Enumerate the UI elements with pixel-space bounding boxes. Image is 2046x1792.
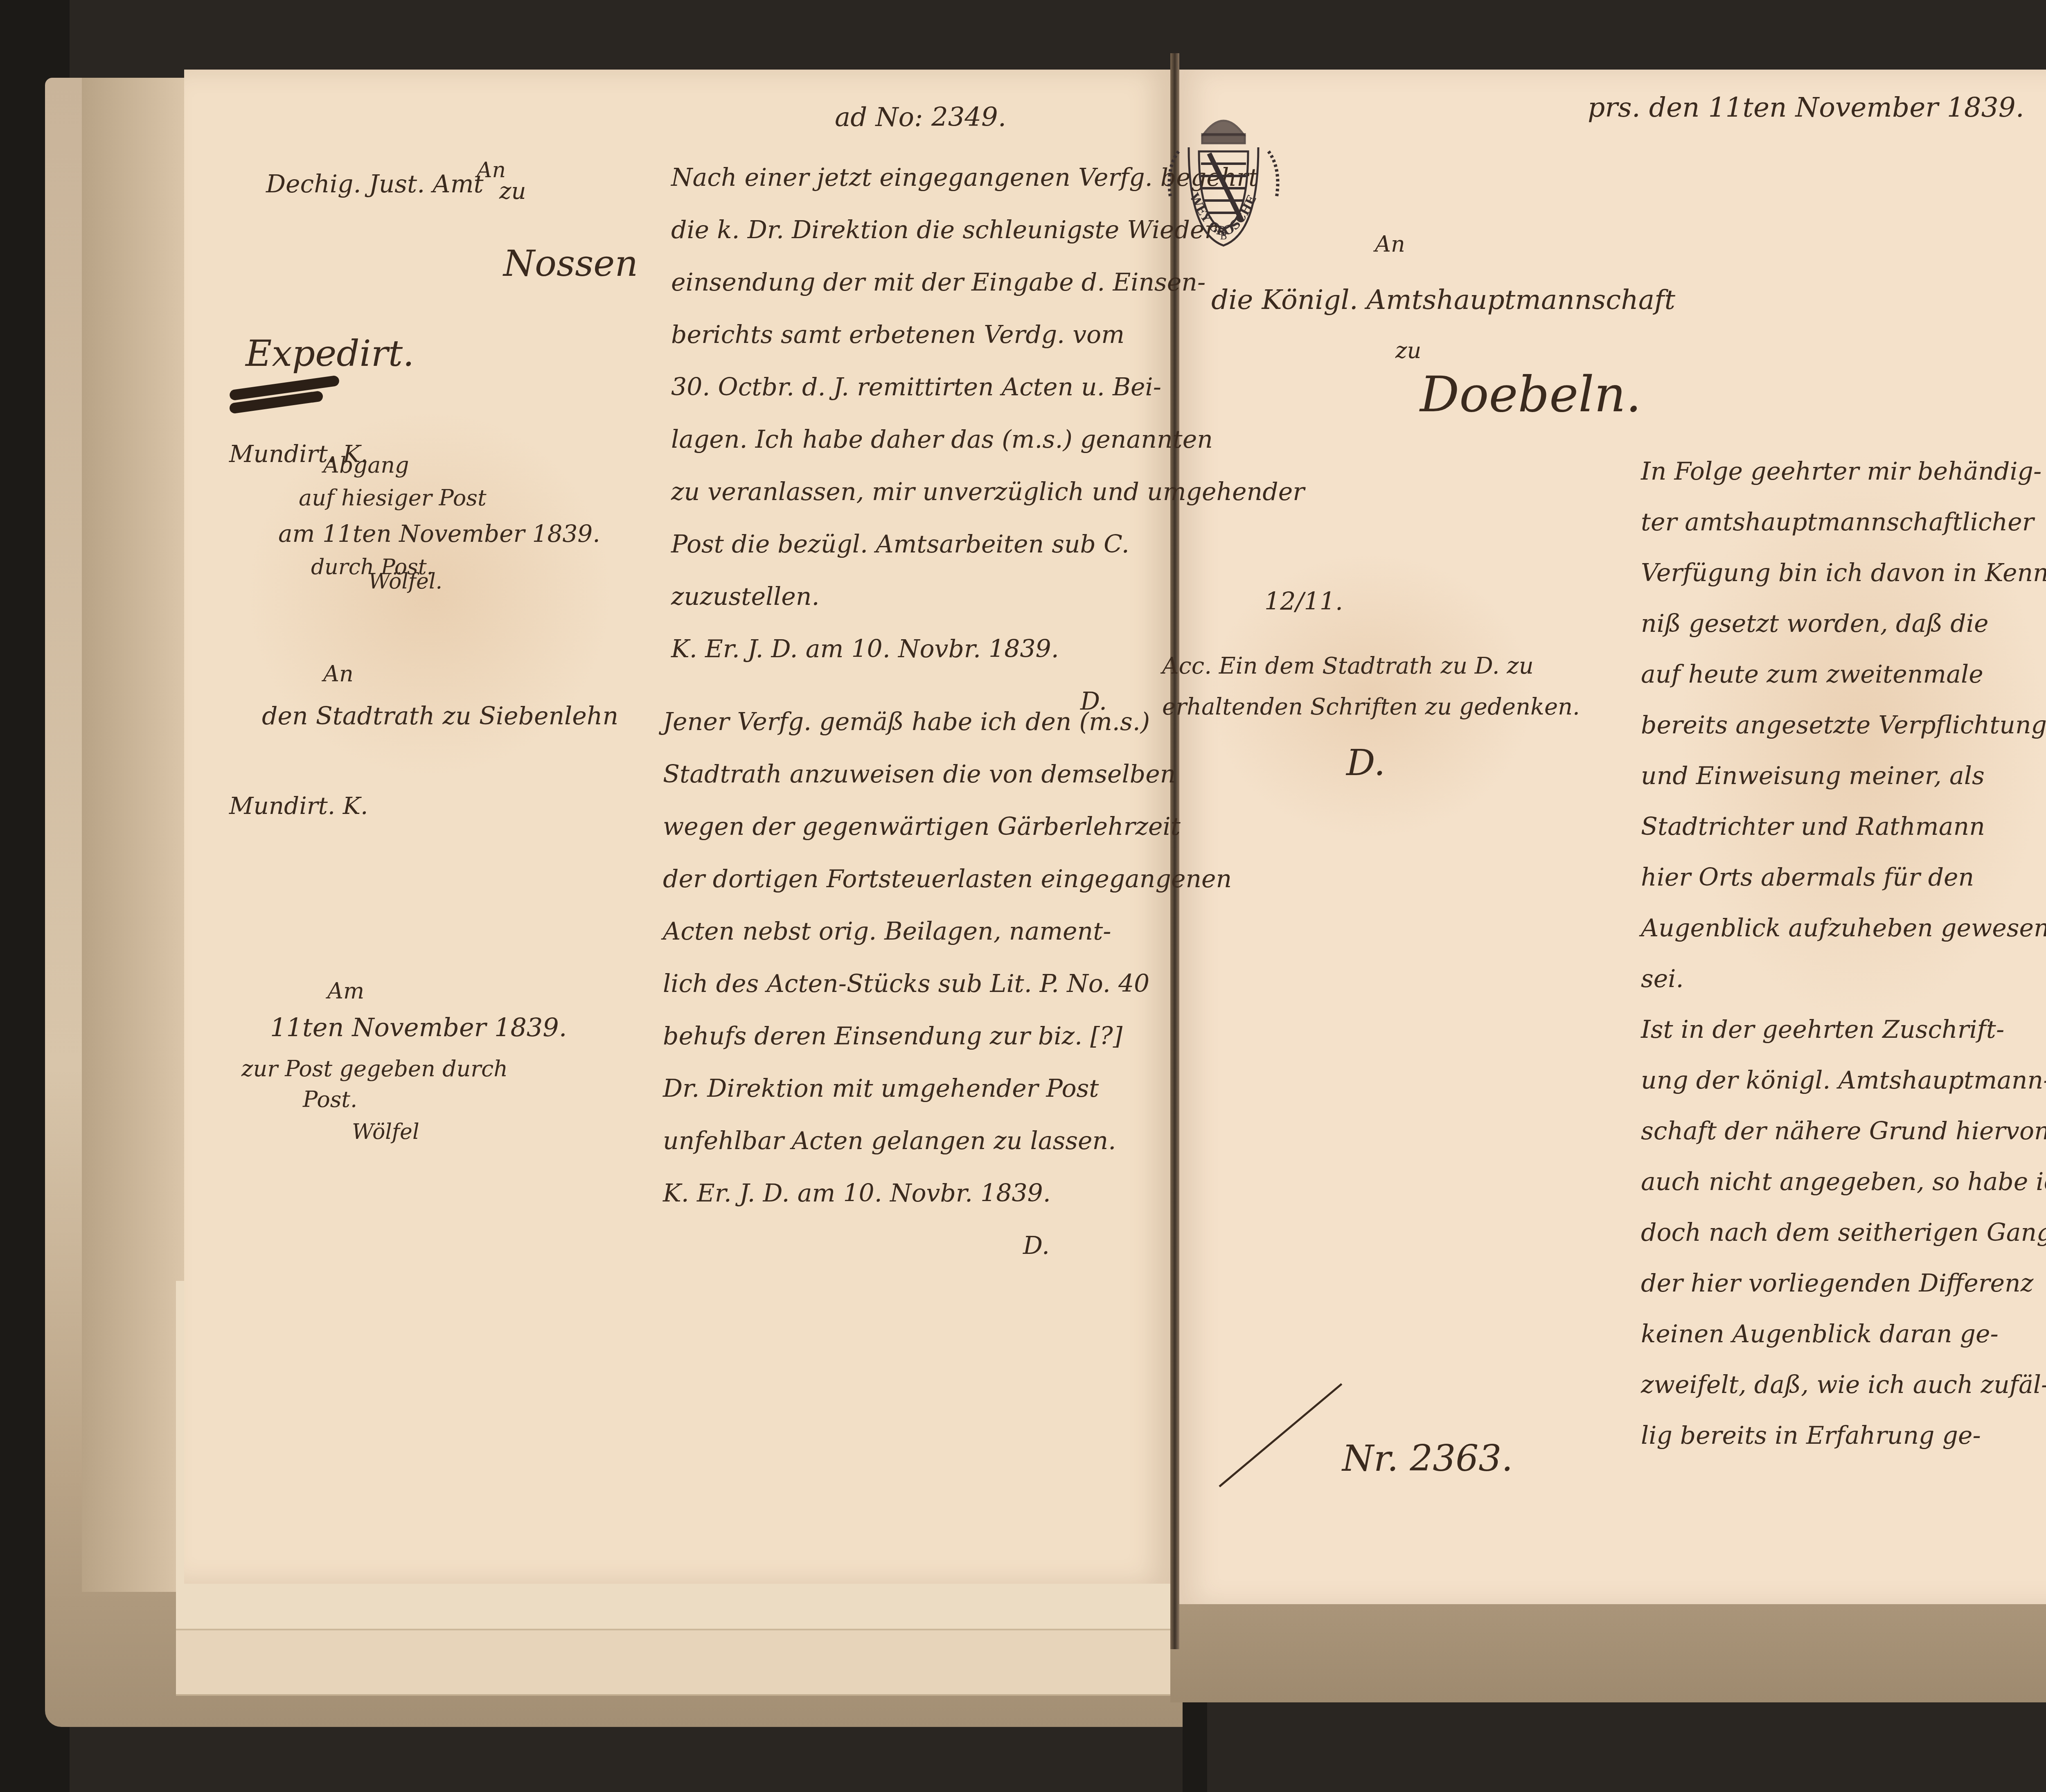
coat-of-arms-stamp: B ZWEY GROSCHEN: [1154, 98, 1293, 270]
margin-recipient: Dechig. Just. Amt: [266, 172, 484, 196]
address-place-prefix: zu: [1395, 340, 1421, 362]
margin-mundirt-2: Mundirt. K.: [229, 794, 368, 818]
text-line: der dortigen Fortsteuerlasten eingegange…: [663, 853, 1232, 905]
text-line: Ist in der geehrten Zuschrift-: [1641, 1004, 2046, 1055]
left-body-paragraph-2: Jener Verfg. gemäß habe ich den (m.s.) S…: [663, 696, 1232, 1272]
svg-text:ZWEY GROSCHEN: ZWEY GROSCHEN: [1154, 98, 1260, 239]
signature: D.: [663, 1219, 1232, 1272]
text-line: lich des Acten-Stücks sub Lit. P. No. 40: [663, 958, 1232, 1010]
text-line: schaft der nähere Grund hiervon: [1641, 1106, 2046, 1156]
margin-note-date: 12/11.: [1264, 589, 1343, 614]
margin-am-label: Am: [327, 980, 364, 1002]
text-line: niß gesetzt worden, daß die: [1641, 598, 2046, 649]
text-line: Stadtrath anzuweisen die von demselben: [663, 748, 1232, 800]
text-line: Post die bezügl. Amtsarbeiten sub C.: [671, 518, 1305, 570]
text-line: wegen der gegenwärtigen Gärberlehrzeit: [663, 800, 1232, 853]
margin-note-line-1: Acc. Ein dem Stadtrath zu D. zu: [1162, 655, 1534, 678]
text-line: berichts samt erbetenen Verdg. vom: [671, 309, 1305, 361]
saxony-crown-shield-icon: B ZWEY GROSCHEN: [1154, 98, 1293, 270]
text-line: sei.: [1641, 953, 2046, 1004]
text-line: ter amtshauptmannschaftlicher: [1641, 497, 2046, 548]
margin-post-date: 11ten November 1839.: [270, 1015, 567, 1040]
registry-number: Nr. 2363.: [1342, 1440, 1513, 1476]
margin-recipient-prefix: zu: [499, 180, 526, 203]
text-line: lagen. Ich habe daher das (m.s.) genannt…: [671, 413, 1305, 466]
text-line: der hier vorliegenden Differenz: [1641, 1258, 2046, 1309]
text-line: bereits angesetzte Verpflichtung: [1641, 700, 2046, 751]
text-line: ung der königl. Amtshauptmann-: [1641, 1055, 2046, 1106]
margin-post-line: zur Post gegeben durch: [241, 1058, 508, 1080]
left-outer-margin: [82, 78, 188, 1592]
text-line: zuzustellen.: [671, 570, 1305, 623]
right-body-text: In Folge geehrter mir behändig- ter amts…: [1641, 446, 2046, 1461]
margin-abgang-signature: Wölfel.: [368, 571, 442, 592]
margin-abgang-line2: auf hiesiger Post: [299, 487, 487, 509]
margin-note-signature: D.: [1346, 745, 1385, 781]
text-line: und Einweisung meiner, als: [1641, 751, 2046, 801]
margin-post-signature: Wölfel: [352, 1121, 419, 1143]
text-line: hier Orts abermals für den: [1641, 852, 2046, 903]
text-line: auf heute zum zweitenmale: [1641, 649, 2046, 700]
margin-expedited: Expedirt.: [246, 336, 414, 372]
text-line: Verfügung bin ich davon in Kennt-: [1641, 548, 2046, 598]
margin-recipient-2: den Stadtrath zu Siebenlehn: [262, 704, 618, 728]
text-line: In Folge geehrter mir behändig-: [1641, 446, 2046, 497]
reference-number: ad No: 2349.: [835, 104, 1006, 131]
margin-post-by: Post.: [303, 1089, 357, 1111]
margin-abgang-date: am 11ten November 1839.: [278, 522, 600, 545]
text-line: Acten nebst orig. Beilagen, nament-: [663, 905, 1232, 958]
text-line: 30. Octbr. d. J. remittirten Acten u. Be…: [671, 361, 1305, 413]
text-line: doch nach dem seitherigen Gange: [1641, 1207, 2046, 1258]
text-line: behufs deren Einsendung zur biz. [?]: [663, 1010, 1232, 1062]
text-line: K. Er. J. D. am 10. Novbr. 1839.: [663, 1167, 1232, 1219]
text-line: unfehlbar Acten gelangen zu lassen.: [663, 1115, 1232, 1167]
text-line: Augenblick aufzuheben gewesen: [1641, 903, 2046, 953]
margin-abgang: Abgang: [323, 454, 409, 476]
margin-recipient-place: Nossen: [503, 246, 638, 282]
text-line: zu veranlassen, mir unverzüglich und umg…: [671, 466, 1305, 518]
text-line: keinen Augenblick daran ge-: [1641, 1309, 2046, 1359]
text-line: Dr. Direktion mit umgehender Post: [663, 1062, 1232, 1115]
text-line: Stadtrichter und Rathmann: [1641, 801, 2046, 852]
address-place: Doebeln.: [1420, 370, 1641, 419]
address-recipient: die Königl. Amtshauptmannschaft: [1211, 286, 1675, 313]
received-note: prs. den 11ten November 1839.: [1588, 94, 2024, 121]
text-line: Jener Verfg. gemäß habe ich den (m.s.): [663, 696, 1232, 748]
text-line: zweifelt, daß, wie ich auch zufäl-: [1641, 1359, 2046, 1410]
address-an: An: [1375, 233, 1405, 255]
margin-an-label-2: An: [323, 663, 354, 685]
text-line: lig bereits in Erfahrung ge-: [1641, 1410, 2046, 1461]
margin-note-line-2: erhaltenden Schriften zu gedenken.: [1162, 696, 1580, 719]
text-line: auch nicht angegeben, so habe ich: [1641, 1156, 2046, 1207]
